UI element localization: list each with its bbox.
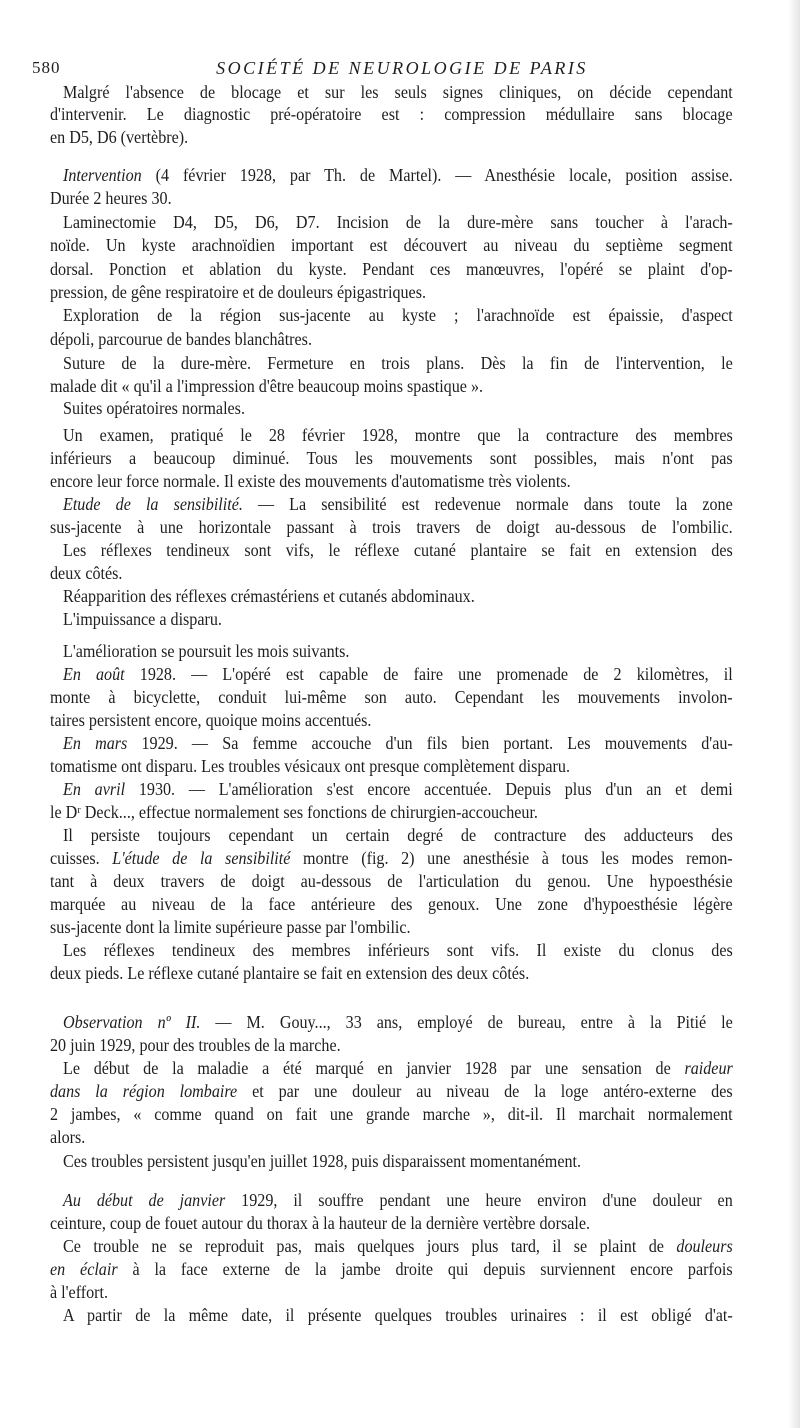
text-line: encore leur force normale. Il existe des… [50, 470, 733, 492]
text-line: Observation nº II. — M. Gouy..., 33 ans,… [63, 1011, 733, 1033]
text-line: monte à bicyclette, conduit lui-même son… [50, 686, 733, 708]
text-line: dépoli, parcourue de bandes blanchâtres. [50, 328, 733, 350]
text-line: deux pieds. Le réflexe cutané plantaire … [50, 962, 733, 984]
text-line: Ces troubles persistent jusqu'en juillet… [63, 1150, 733, 1172]
text-line: Réapparition des réflexes crémastériens … [63, 585, 733, 607]
italic-heading: En avril [63, 779, 125, 799]
text-line: à l'effort. [50, 1281, 733, 1303]
document-page: 580 SOCIÉTÉ DE NEUROLOGIE DE PARIS Malgr… [0, 0, 800, 1428]
text-line: En mars 1929. — Sa femme accouche d'un f… [63, 732, 733, 754]
text-line: tant à deux travers de doigt au-dessous … [50, 870, 733, 892]
text-line: En août 1928. — L'opéré est capable de f… [63, 663, 733, 685]
text-line: dorsal. Ponction et ablation du kyste. P… [50, 258, 733, 280]
italic-heading: Observation nº II. [63, 1012, 200, 1032]
text-line: sus-jacente dont la limite supérieure pa… [50, 916, 733, 938]
text-line: sus-jacente à une horizontale passant à … [50, 516, 733, 538]
text-line: Laminectomie D4, D5, D6, D7. Incision de… [63, 211, 733, 233]
text-line: taires persistent encore, quoique moins … [50, 709, 733, 731]
text-line: tomatisme ont disparu. Les troubles vési… [50, 755, 733, 777]
text-line: ceinture, coup de fouet autour du thorax… [50, 1212, 733, 1234]
text-line: Durée 2 heures 30. [50, 187, 733, 209]
text-line: Les réflexes tendineux des membres infér… [63, 939, 733, 961]
text-line: pression, de gêne respiratoire et de dou… [50, 281, 733, 303]
text-line: dans la région lombaire et par une doule… [50, 1080, 733, 1102]
italic-phrase: dans la région lombaire [50, 1081, 237, 1101]
text-line: 20 juin 1929, pour des troubles de la ma… [50, 1034, 733, 1056]
italic-heading: Etude de la sensibilité. [63, 494, 243, 514]
italic-phrase: raideur [684, 1058, 732, 1078]
text-line: en éclair à la face externe de la jambe … [50, 1258, 733, 1280]
text-line: Etude de la sensibilité. — La sensibilit… [63, 493, 733, 515]
text-line: L'amélioration se poursuit les mois suiv… [63, 640, 733, 662]
text-line: A partir de la même date, il présente qu… [63, 1304, 733, 1326]
italic-heading: En août [63, 664, 125, 684]
text-line: Intervention (4 février 1928, par Th. de… [63, 164, 733, 186]
page-header: 580 SOCIÉTÉ DE NEUROLOGIE DE PARIS [32, 58, 772, 82]
text-line: noïde. Un kyste arachnoïdien important e… [50, 234, 733, 256]
text-line: Un examen, pratiqué le 28 février 1928, … [63, 424, 733, 446]
text-line: en D5, D6 (vertèbre). [50, 126, 733, 148]
text-line: alors. [50, 1126, 733, 1148]
text-line: Malgré l'absence de blocage et sur les s… [63, 81, 733, 103]
italic-phrase: en éclair [50, 1259, 118, 1279]
italic-heading: En mars [63, 733, 127, 753]
text-line: marquée au niveau de la face antérieure … [50, 893, 733, 915]
italic-heading: Intervention [63, 165, 142, 185]
text-line: Suture de la dure-mère. Fermeture en tro… [63, 352, 733, 374]
text-line: deux côtés. [50, 562, 733, 584]
text-line: Ce trouble ne se reproduit pas, mais que… [63, 1235, 733, 1257]
text-line: malade dit « qu'il a l'impression d'être… [50, 375, 733, 397]
text-line: d'intervenir. Le diagnostic pré-opératoi… [50, 103, 733, 125]
text-line: En avril 1930. — L'amélioration s'est en… [63, 778, 733, 800]
italic-phrase: L'étude de la sensibilité [112, 848, 290, 868]
text-line: Exploration de la région sus-jacente au … [63, 304, 733, 326]
text-line: Suites opératoires normales. [63, 397, 733, 419]
text-line: Il persiste toujours cependant un certai… [63, 824, 733, 846]
text-line: cuisses. L'étude de la sensibilité montr… [50, 847, 733, 869]
italic-heading: Au début de janvier [63, 1190, 225, 1210]
text-line: le Dʳ Deck..., effectue normalement ses … [50, 801, 733, 823]
text-line: Les réflexes tendineux sont vifs, le réf… [63, 539, 733, 561]
text-line: 2 jambes, « comme quand on fait une gran… [50, 1103, 733, 1125]
running-title: SOCIÉTÉ DE NEUROLOGIE DE PARIS [32, 58, 772, 79]
scan-edge-shadow [788, 0, 800, 1428]
text-line: Le début de la maladie a été marqué en j… [63, 1057, 733, 1079]
text-line: Au début de janvier 1929, il souffre pen… [63, 1189, 733, 1211]
text-line: L'impuissance a disparu. [63, 608, 733, 630]
text-line: inférieurs a beaucoup diminué. Tous les … [50, 447, 733, 469]
italic-phrase: douleurs [676, 1236, 732, 1256]
